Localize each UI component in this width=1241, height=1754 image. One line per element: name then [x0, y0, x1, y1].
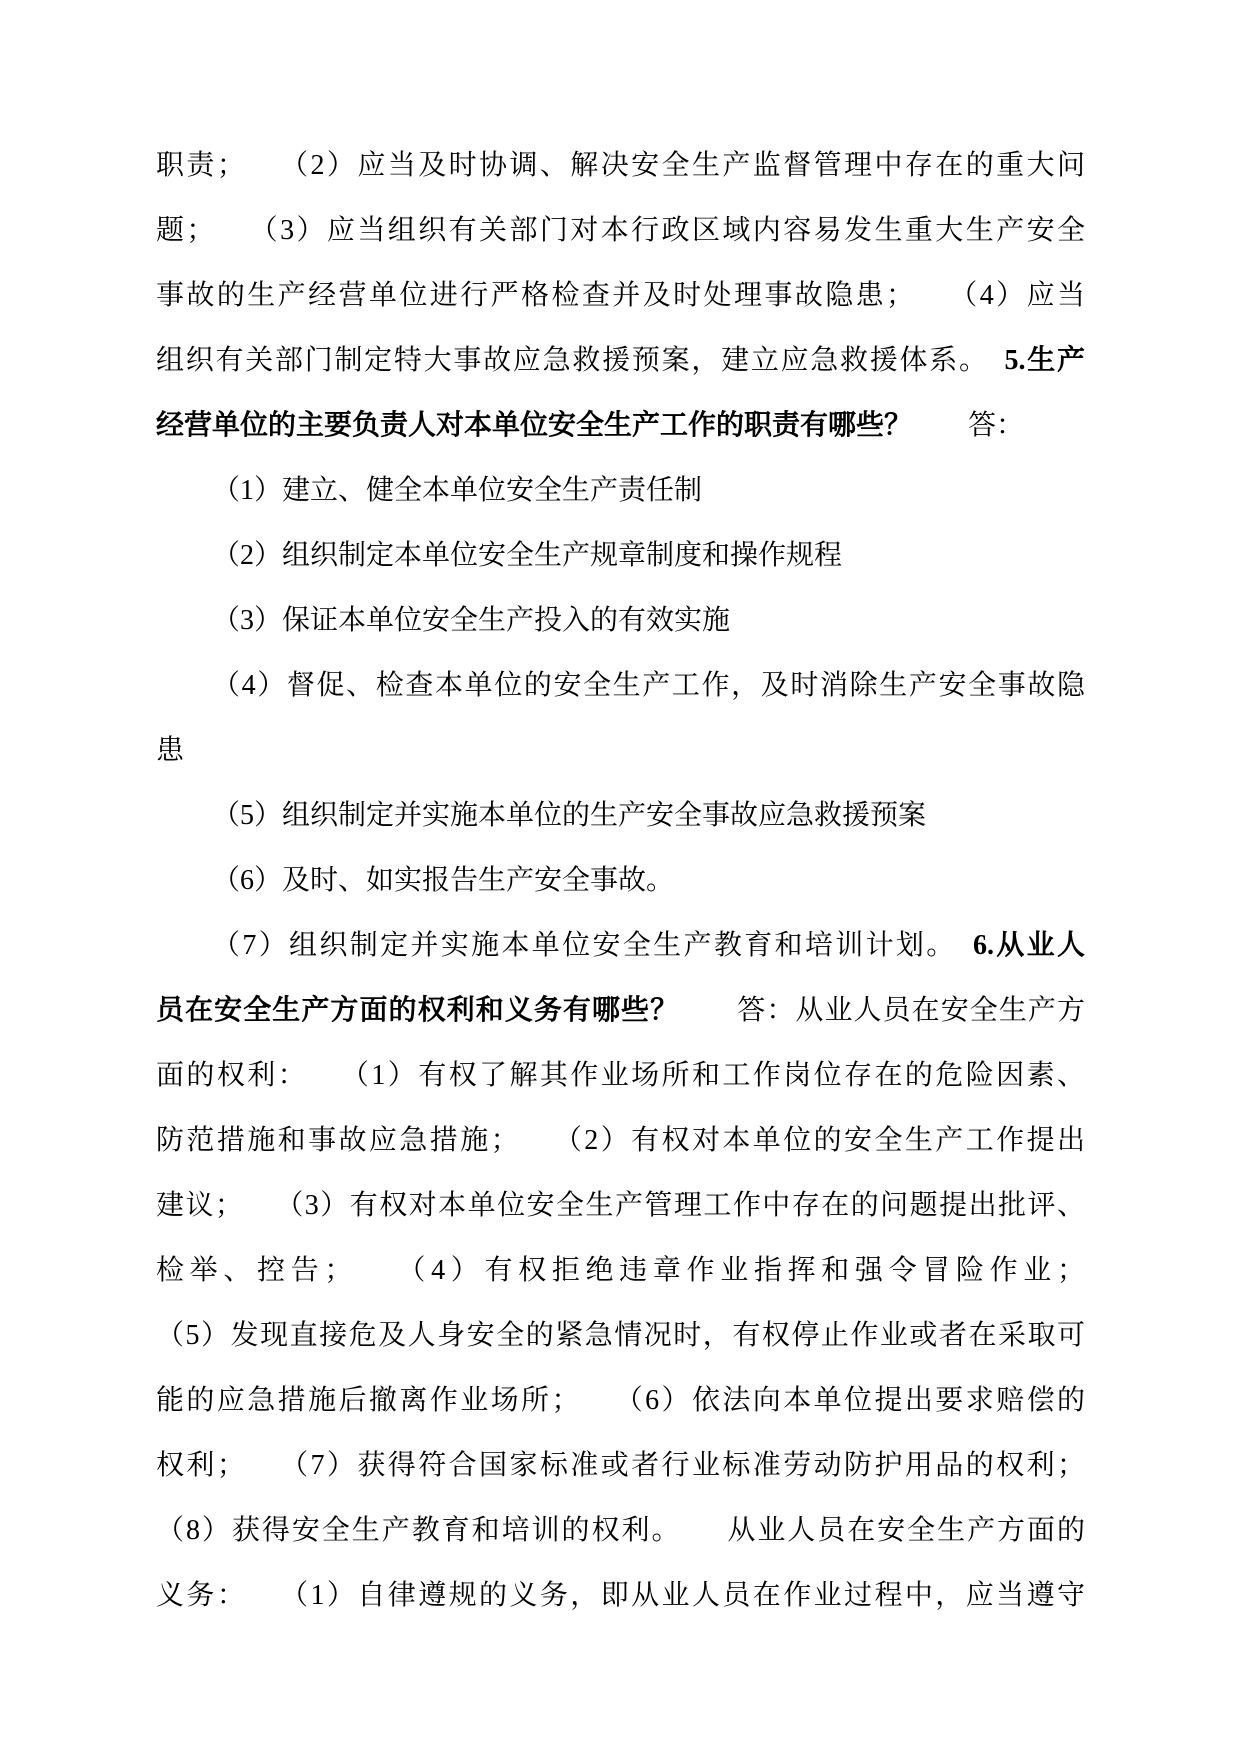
question-5-heading-end: 经营单位的主要负责人对本单位安全生产工作的职责有哪些？ — [156, 410, 912, 441]
line-text: 防范措施和事故应急措施； （2）有权对本单位的安全生产工作提出 — [156, 1125, 1085, 1156]
text-line: （1）建立、健全本单位安全生产责任制 — [156, 458, 1085, 523]
text-line: 经营单位的主要负责人对本单位安全生产工作的职责有哪些？ 答： — [156, 393, 1085, 458]
line-text: 权利； （7）获得符合国家标准或者行业标准劳动防护用品的权利； — [156, 1450, 1085, 1481]
text-line: （2）组织制定本单位安全生产规章制度和操作规程 — [156, 523, 1085, 588]
line-text: （8）获得安全生产教育和培训的权利。 从业人员在安全生产方面的 — [156, 1515, 1085, 1546]
text-line: （5）组织制定并实施本单位的生产安全事故应急救援预案 — [156, 783, 1085, 848]
line-text: （4）督促、检查本单位的安全生产工作，及时消除生产安全事故隐 — [212, 670, 1085, 701]
text-line: 组织有关部门制定特大事故应急救援预案，建立应急救援体系。 5.生产 — [156, 328, 1085, 393]
line-text: （5）组织制定并实施本单位的生产安全事故应急救援预案 — [212, 800, 926, 831]
line-text: 义务： （1）自律遵规的义务，即从业人员在作业过程中，应当遵守 — [156, 1580, 1085, 1611]
line-text: 事故的生产经营单位进行严格检查并及时处理事故隐患； （4）应当 — [156, 280, 1085, 311]
line-text: 检举、控告； （4）有权拒绝违章作业指挥和强令冒险作业； — [156, 1255, 1085, 1286]
line-text: 题； （3）应当组织有关部门对本行政区域内容易发生重大生产安全 — [156, 215, 1085, 246]
line-text: （5）发现直接危及人身安全的紧急情况时，有权停止作业或者在采取可 — [156, 1320, 1085, 1351]
text-line: （6）及时、如实报告生产安全事故。 — [156, 848, 1085, 913]
question-5-heading-start: 5.生产 — [1005, 345, 1085, 376]
text-line: 员在安全生产方面的权利和义务有哪些？ 答：从业人员在安全生产方 — [156, 978, 1085, 1043]
text-line: 能的应急措施后撤离作业场所； （6）依法向本单位提出要求赔偿的 — [156, 1368, 1085, 1433]
line-text: （2）组织制定本单位安全生产规章制度和操作规程 — [212, 540, 842, 571]
line-text: （1）建立、健全本单位安全生产责任制 — [212, 475, 702, 506]
answer-6-label: 答：从业人员在安全生产方 — [679, 995, 1085, 1026]
line-text: （7）组织制定并实施本单位安全生产教育和培训计划。 — [212, 930, 973, 961]
question-6-heading-end: 员在安全生产方面的权利和义务有哪些？ — [156, 995, 679, 1026]
text-line: 检举、控告； （4）有权拒绝违章作业指挥和强令冒险作业； — [156, 1238, 1085, 1303]
question-6-heading-start: 6.从业人 — [973, 930, 1085, 961]
line-text: 面的权利： （1）有权了解其作业场所和工作岗位存在的危险因素、 — [156, 1060, 1085, 1091]
text-line: 职责； （2）应当及时协调、解决安全生产监督管理中存在的重大问 — [156, 133, 1085, 198]
text-line: 权利； （7）获得符合国家标准或者行业标准劳动防护用品的权利； — [156, 1433, 1085, 1498]
line-text: 患 — [156, 735, 184, 766]
line-text: 能的应急措施后撤离作业场所； （6）依法向本单位提出要求赔偿的 — [156, 1385, 1085, 1416]
text-line: （4）督促、检查本单位的安全生产工作，及时消除生产安全事故隐 — [156, 653, 1085, 718]
document-text: 职责； （2）应当及时协调、解决安全生产监督管理中存在的重大问 题； （3）应当… — [156, 133, 1085, 1628]
line-text: 职责； （2）应当及时协调、解决安全生产监督管理中存在的重大问 — [156, 150, 1085, 181]
text-line: 题； （3）应当组织有关部门对本行政区域内容易发生重大生产安全 — [156, 198, 1085, 263]
answer-5-label: 答： — [912, 410, 1024, 441]
text-line: 建议； （3）有权对本单位安全生产管理工作中存在的问题提出批评、 — [156, 1173, 1085, 1238]
line-text: （6）及时、如实报告生产安全事故。 — [212, 865, 674, 896]
text-line: （3）保证本单位安全生产投入的有效实施 — [156, 588, 1085, 653]
text-line: 事故的生产经营单位进行严格检查并及时处理事故隐患； （4）应当 — [156, 263, 1085, 328]
document-page: 职责； （2）应当及时协调、解决安全生产监督管理中存在的重大问 题； （3）应当… — [0, 0, 1241, 1754]
line-text: （3）保证本单位安全生产投入的有效实施 — [212, 605, 730, 636]
text-line: （7）组织制定并实施本单位安全生产教育和培训计划。 6.从业人 — [156, 913, 1085, 978]
line-text: 组织有关部门制定特大事故应急救援预案，建立应急救援体系。 — [156, 345, 1005, 376]
line-text: 建议； （3）有权对本单位安全生产管理工作中存在的问题提出批评、 — [156, 1190, 1085, 1221]
text-line: 防范措施和事故应急措施； （2）有权对本单位的安全生产工作提出 — [156, 1108, 1085, 1173]
text-line: （8）获得安全生产教育和培训的权利。 从业人员在安全生产方面的 — [156, 1498, 1085, 1563]
text-line: 义务： （1）自律遵规的义务，即从业人员在作业过程中，应当遵守 — [156, 1563, 1085, 1628]
text-line: 面的权利： （1）有权了解其作业场所和工作岗位存在的危险因素、 — [156, 1043, 1085, 1108]
text-line: 患 — [156, 718, 1085, 783]
text-line: （5）发现直接危及人身安全的紧急情况时，有权停止作业或者在采取可 — [156, 1303, 1085, 1368]
